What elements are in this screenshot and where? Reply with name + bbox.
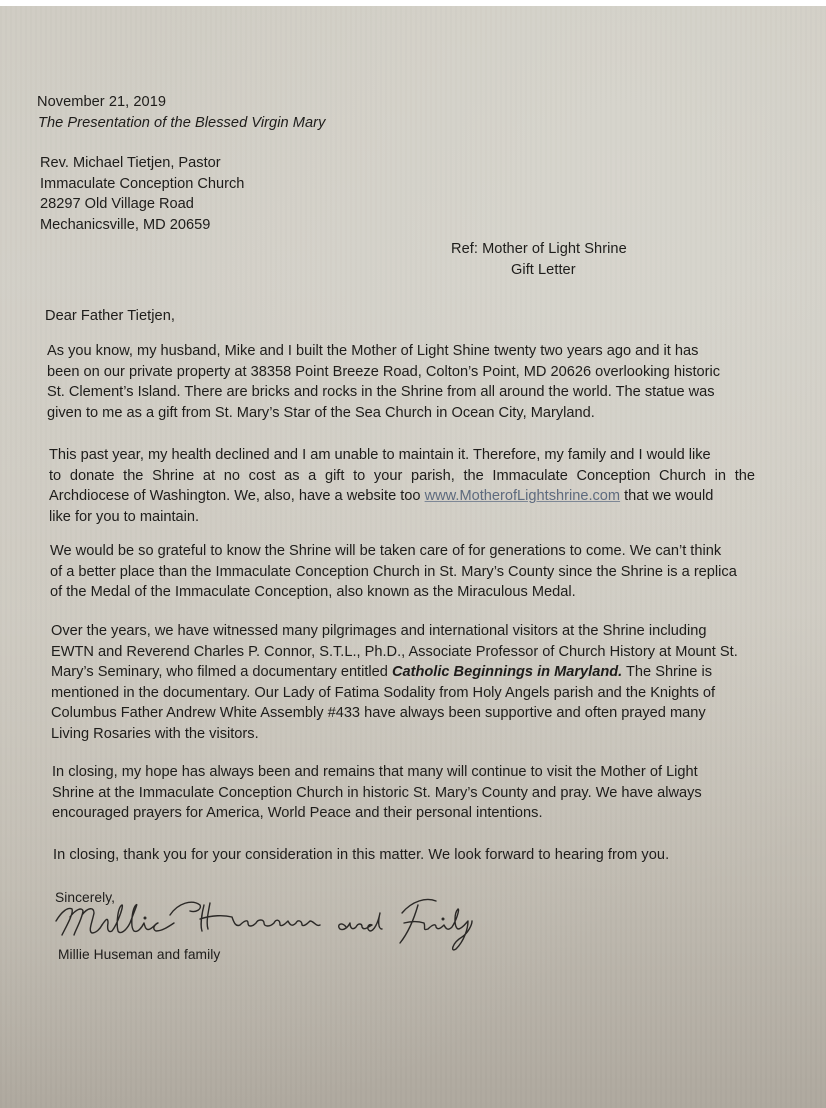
paragraph-line: been on our private property at 38358 Po…: [47, 364, 720, 385]
paragraph-line: Mary’s Seminary, who filmed a documentar…: [51, 664, 738, 685]
paragraph-2: This past year, my health declined and I…: [49, 447, 755, 529]
paragraph-1: As you know, my husband, Mike and I buil…: [47, 343, 720, 425]
paragraph-text: Archdiocese of Washington. We, also, hav…: [49, 488, 425, 504]
salutation: Dear Father Tietjen,: [45, 306, 175, 327]
reference-subject: Gift Letter: [511, 260, 576, 281]
paragraph-4: Over the years, we have witnessed many p…: [51, 623, 738, 747]
paragraph-text: that we would: [620, 488, 713, 504]
reference-line: Ref: Mother of Light Shrine: [451, 239, 627, 260]
documentary-title: Catholic Beginnings in Maryland.: [392, 664, 622, 680]
recipient-name: Rev. Michael Tietjen, Pastor: [40, 155, 244, 176]
paragraph-line: Over the years, we have witnessed many p…: [51, 623, 738, 644]
paragraph-line: This past year, my health declined and I…: [49, 447, 755, 468]
recipient-city: Mechanicsville, MD 20659: [40, 217, 244, 238]
recipient-address: Rev. Michael Tietjen, Pastor Immaculate …: [40, 155, 244, 237]
feast-day: The Presentation of the Blessed Virgin M…: [38, 113, 325, 134]
paragraph-line: Shrine at the Immaculate Conception Chur…: [52, 785, 702, 806]
paragraph-line: mentioned in the documentary. Our Lady o…: [51, 685, 738, 706]
paragraph-3: We would be so grateful to know the Shri…: [50, 543, 737, 605]
paragraph-line: to donate the Shrine at no cost as a gif…: [49, 468, 755, 489]
letter-date: November 21, 2019: [37, 92, 166, 113]
paragraph-line: Columbus Father Andrew White Assembly #4…: [51, 705, 738, 726]
paragraph-line: We would be so grateful to know the Shri…: [50, 543, 737, 564]
paragraph-line: EWTN and Reverend Charles P. Connor, S.T…: [51, 644, 738, 665]
paragraph-line: like for you to maintain.: [49, 509, 755, 530]
paragraph-line: given to me as a gift from St. Mary’s St…: [47, 405, 720, 426]
website-link[interactable]: www.MotherofLightshrine.com: [425, 488, 620, 504]
handwritten-signature: [52, 893, 482, 953]
paragraph-line: encouraged prayers for America, World Pe…: [52, 805, 702, 826]
paragraph-5: In closing, my hope has always been and …: [52, 764, 702, 826]
paragraph-6: In closing, thank you for your considera…: [53, 845, 669, 866]
paragraph-line: of the Medal of the Immaculate Conceptio…: [50, 584, 737, 605]
paragraph-line: Living Rosaries with the visitors.: [51, 726, 738, 747]
paragraph-text: Mary’s Seminary, who filmed a documentar…: [51, 664, 392, 680]
paragraph-line: As you know, my husband, Mike and I buil…: [47, 343, 720, 364]
paragraph-line: In closing, my hope has always been and …: [52, 764, 702, 785]
signer-name: Millie Huseman and family: [58, 945, 220, 966]
paragraph-line: St. Clement’s Island. There are bricks a…: [47, 384, 720, 405]
paragraph-line: Archdiocese of Washington. We, also, hav…: [49, 488, 755, 509]
recipient-street: 28297 Old Village Road: [40, 196, 244, 217]
paragraph-text: The Shrine is: [622, 664, 712, 680]
paragraph-line: of a better place than the Immaculate Co…: [50, 564, 737, 585]
recipient-church: Immaculate Conception Church: [40, 176, 244, 197]
